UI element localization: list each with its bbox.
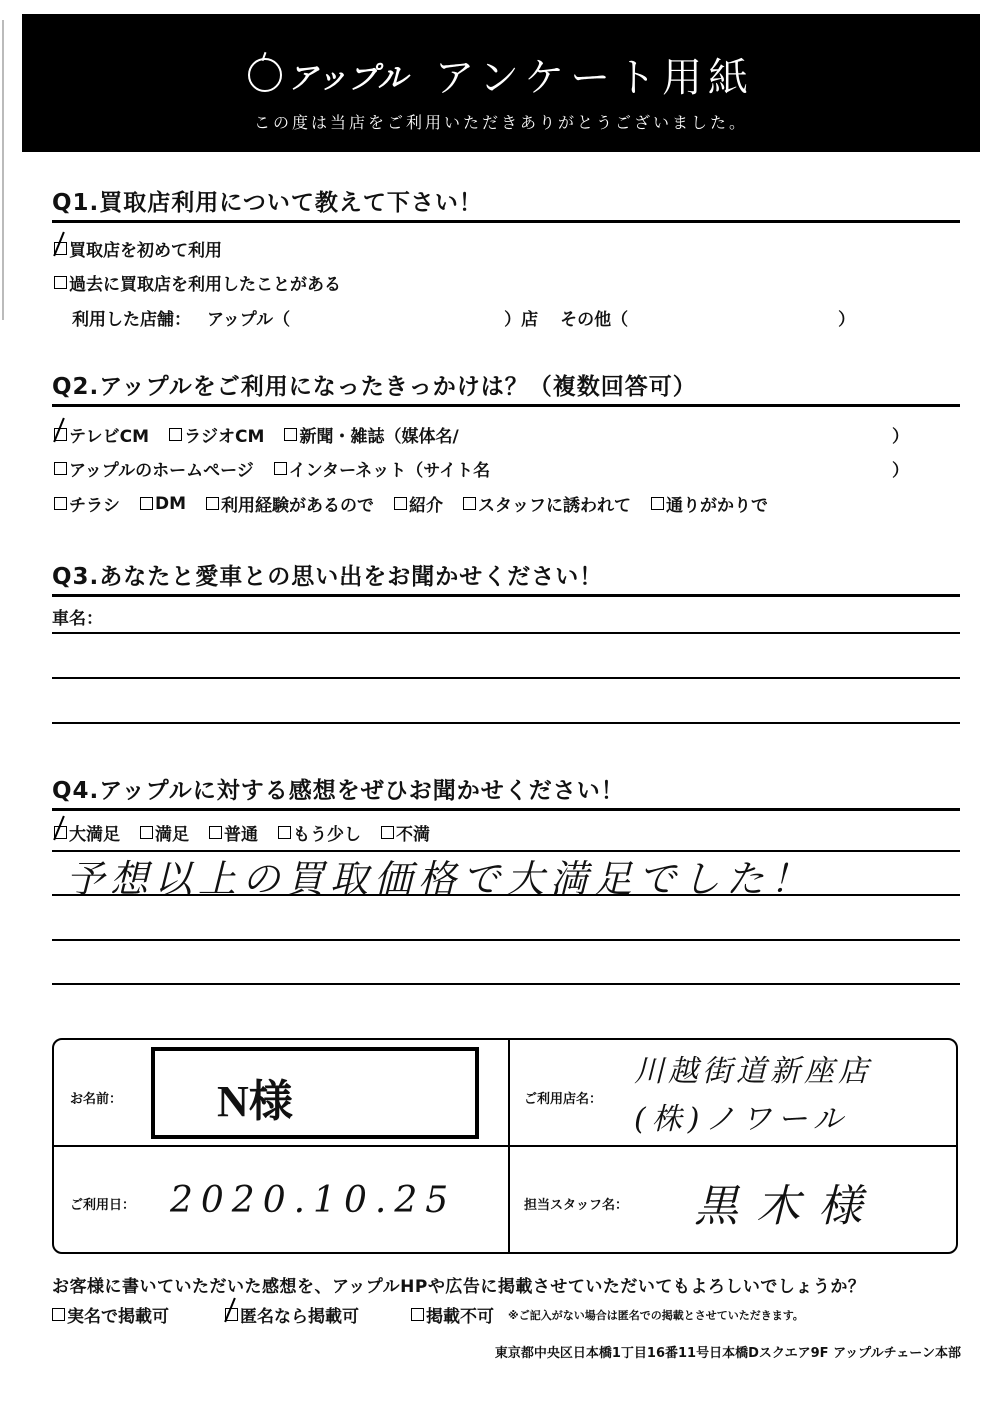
q2-option-referral[interactable]: 紹介 xyxy=(394,491,443,516)
option-label: 新聞・雑誌（媒体名/ xyxy=(299,422,458,447)
q2-option-homepage[interactable]: アップルのホームページ xyxy=(54,456,254,481)
checkbox[interactable] xyxy=(278,826,291,839)
car-name-row: 車名： xyxy=(52,604,103,629)
brand-logo: アップル xyxy=(248,53,409,97)
checkbox[interactable] xyxy=(394,497,407,510)
apple-icon xyxy=(248,58,282,92)
checkbox[interactable] xyxy=(54,497,67,510)
q1-option-first-time[interactable]: 買取店を初めて利用 xyxy=(54,236,222,261)
form-title: アンケート用紙 xyxy=(435,46,755,103)
answer-line xyxy=(52,983,960,985)
checkbox[interactable] xyxy=(463,497,476,510)
scan-edge-line xyxy=(2,20,4,320)
checkbox-checked[interactable] xyxy=(54,242,67,255)
option-label: 買取店を初めて利用 xyxy=(69,236,222,261)
store-apple-label: アップル（ xyxy=(207,305,290,330)
option-label: 過去に買取店を利用したことがある xyxy=(69,270,341,295)
q1-option-used-before[interactable]: 過去に買取店を利用したことがある xyxy=(54,270,341,295)
option-label: チラシ xyxy=(69,491,120,516)
option-label: 紹介 xyxy=(409,491,443,516)
option-label: 掲載不可 xyxy=(426,1302,494,1327)
footer-address: 東京都中央区日本橋1丁目16番11号日本橋Dスクエア9F アップルチェーン本部 xyxy=(495,1342,961,1361)
form-subtitle: この度は当店をご利用いただきありがとうございました。 xyxy=(22,110,980,133)
store-suffix: ）店 xyxy=(504,305,538,330)
logo-text: アップル xyxy=(288,53,409,97)
q2-option-experience[interactable]: 利用経験があるので xyxy=(206,491,374,516)
checkbox[interactable] xyxy=(284,428,297,441)
q4-option-dissatisfied[interactable]: 不満 xyxy=(381,820,430,845)
q2-option-internet[interactable]: インターネット（サイト名 xyxy=(274,456,490,481)
customer-info-box: お名前： N様 ご利用店名： 川越街道新座店 (株)ノワール ご利用日： 202… xyxy=(52,1038,958,1254)
answer-line xyxy=(52,632,960,634)
option-label: 満足 xyxy=(155,820,189,845)
q2-option-newspaper[interactable]: 新聞・雑誌（媒体名/ xyxy=(284,422,458,447)
q4-option-very-satisfied[interactable]: 大満足 xyxy=(54,820,120,845)
name-field[interactable]: N様 xyxy=(151,1047,479,1139)
q4-option-so-so[interactable]: もう少し xyxy=(278,820,361,845)
checkbox[interactable] xyxy=(140,826,153,839)
q4-option-average[interactable]: 普通 xyxy=(209,820,258,845)
other-label: その他（ xyxy=(560,305,628,330)
store-name-line1[interactable]: 川越街道新座店 xyxy=(634,1046,872,1090)
car-name-label: 車名： xyxy=(52,604,103,629)
checkbox-checked[interactable] xyxy=(225,1308,238,1321)
option-label: 大満足 xyxy=(69,820,120,845)
divider xyxy=(54,1145,956,1147)
option-label: DM xyxy=(155,494,186,514)
q4-heading: Q4.アップルに対する感想をぜひお聞かせください！ xyxy=(52,772,960,811)
option-label: スタッフに誘われて xyxy=(478,491,631,516)
checkbox-checked[interactable] xyxy=(54,428,67,441)
answer-line xyxy=(52,939,960,941)
q4-options: 大満足 満足 普通 もう少し 不満 xyxy=(54,820,450,845)
option-label: アップルのホームページ xyxy=(69,456,254,481)
date-label: ご利用日： xyxy=(70,1194,135,1213)
q2-option-staff-invite[interactable]: スタッフに誘われて xyxy=(463,491,631,516)
checkbox[interactable] xyxy=(169,428,182,441)
option-label: テレビCM xyxy=(69,422,149,447)
store-used-label: 利用した店舗： xyxy=(72,305,191,330)
q2-option-passing-by[interactable]: 通りがかりで xyxy=(651,491,768,516)
checkbox[interactable] xyxy=(52,1308,65,1321)
consent-note: ※ご記入がない場合は匿名での掲載とさせていただきます。 xyxy=(508,1307,804,1323)
checkbox[interactable] xyxy=(651,497,664,510)
consent-option-anonymous[interactable]: 匿名なら掲載可 xyxy=(225,1302,359,1327)
consent-option-no-publish[interactable]: 掲載不可 xyxy=(411,1302,494,1327)
answer-line xyxy=(52,722,960,724)
close-paren: ） xyxy=(838,305,855,330)
name-value: N様 xyxy=(217,1065,293,1129)
checkbox[interactable] xyxy=(140,497,153,510)
q4-option-satisfied[interactable]: 満足 xyxy=(140,820,189,845)
q2-option-radio-cm[interactable]: ラジオCM xyxy=(169,422,264,447)
q2-option-dm[interactable]: DM xyxy=(140,494,186,514)
option-label: 普通 xyxy=(224,820,258,845)
q1-store-row: 利用した店舗： アップル（ ）店 その他（ ） xyxy=(72,305,912,330)
checkbox[interactable] xyxy=(54,462,67,475)
option-label: 不満 xyxy=(396,820,430,845)
option-label: 通りがかりで xyxy=(666,491,768,516)
checkbox[interactable] xyxy=(209,826,222,839)
checkbox[interactable] xyxy=(411,1308,424,1321)
q3-heading: Q3.あなたと愛車との思い出をお聞かせください！ xyxy=(52,558,960,597)
consent-option-real-name[interactable]: 実名で掲載可 xyxy=(52,1302,169,1327)
answer-line xyxy=(52,894,960,896)
store-name-line2[interactable]: (株)ノワール xyxy=(634,1094,849,1138)
q2-heading: Q2.アップルをご利用になったきっかけは？（複数回答可） xyxy=(52,368,960,407)
q2-option-flyer[interactable]: チラシ xyxy=(54,491,120,516)
q2-option-tv-cm[interactable]: テレビCM xyxy=(54,422,149,447)
store-name-label: ご利用店名： xyxy=(524,1088,602,1107)
name-label: お名前： xyxy=(70,1088,122,1107)
q1-heading: Q1.買取店利用について教えて下さい！ xyxy=(52,184,960,223)
checkbox[interactable] xyxy=(274,462,287,475)
consent-question: お客様に書いていただいた感想を、アップルHPや広告に掲載させていただいてもよろし… xyxy=(52,1272,865,1297)
option-label: もう少し xyxy=(293,820,361,845)
staff-name-label: 担当スタッフ名： xyxy=(524,1194,628,1213)
checkbox[interactable] xyxy=(54,276,67,289)
header-banner: アップル アンケート用紙 この度は当店をご利用いただきありがとうございました。 xyxy=(22,14,980,152)
date-value[interactable]: 2020.10.25 xyxy=(170,1180,456,1221)
option-label: 実名で掲載可 xyxy=(67,1302,169,1327)
checkbox-checked[interactable] xyxy=(54,826,67,839)
option-label: 匿名なら掲載可 xyxy=(240,1302,359,1327)
q2-row-3: チラシ DM 利用経験があるので 紹介 スタッフに誘われて 通りがかりで xyxy=(54,491,788,516)
q2-row-2: アップルのホームページ インターネット（サイト名 xyxy=(54,456,510,481)
option-label: 利用経験があるので xyxy=(221,491,374,516)
staff-name-value[interactable]: 黒木様 xyxy=(694,1170,880,1234)
checkbox[interactable] xyxy=(381,826,394,839)
option-label: ラジオCM xyxy=(184,422,264,447)
close-paren: ） xyxy=(892,456,909,481)
q2-row-1: テレビCM ラジオCM 新聞・雑誌（媒体名/ xyxy=(54,422,479,447)
consent-options: 実名で掲載可 匿名なら掲載可 掲載不可 ※ご記入がない場合は匿名での掲載とさせて… xyxy=(52,1302,804,1327)
checkbox[interactable] xyxy=(206,497,219,510)
answer-line xyxy=(52,677,960,679)
option-label: インターネット（サイト名 xyxy=(289,456,490,481)
close-paren: ） xyxy=(892,422,909,447)
